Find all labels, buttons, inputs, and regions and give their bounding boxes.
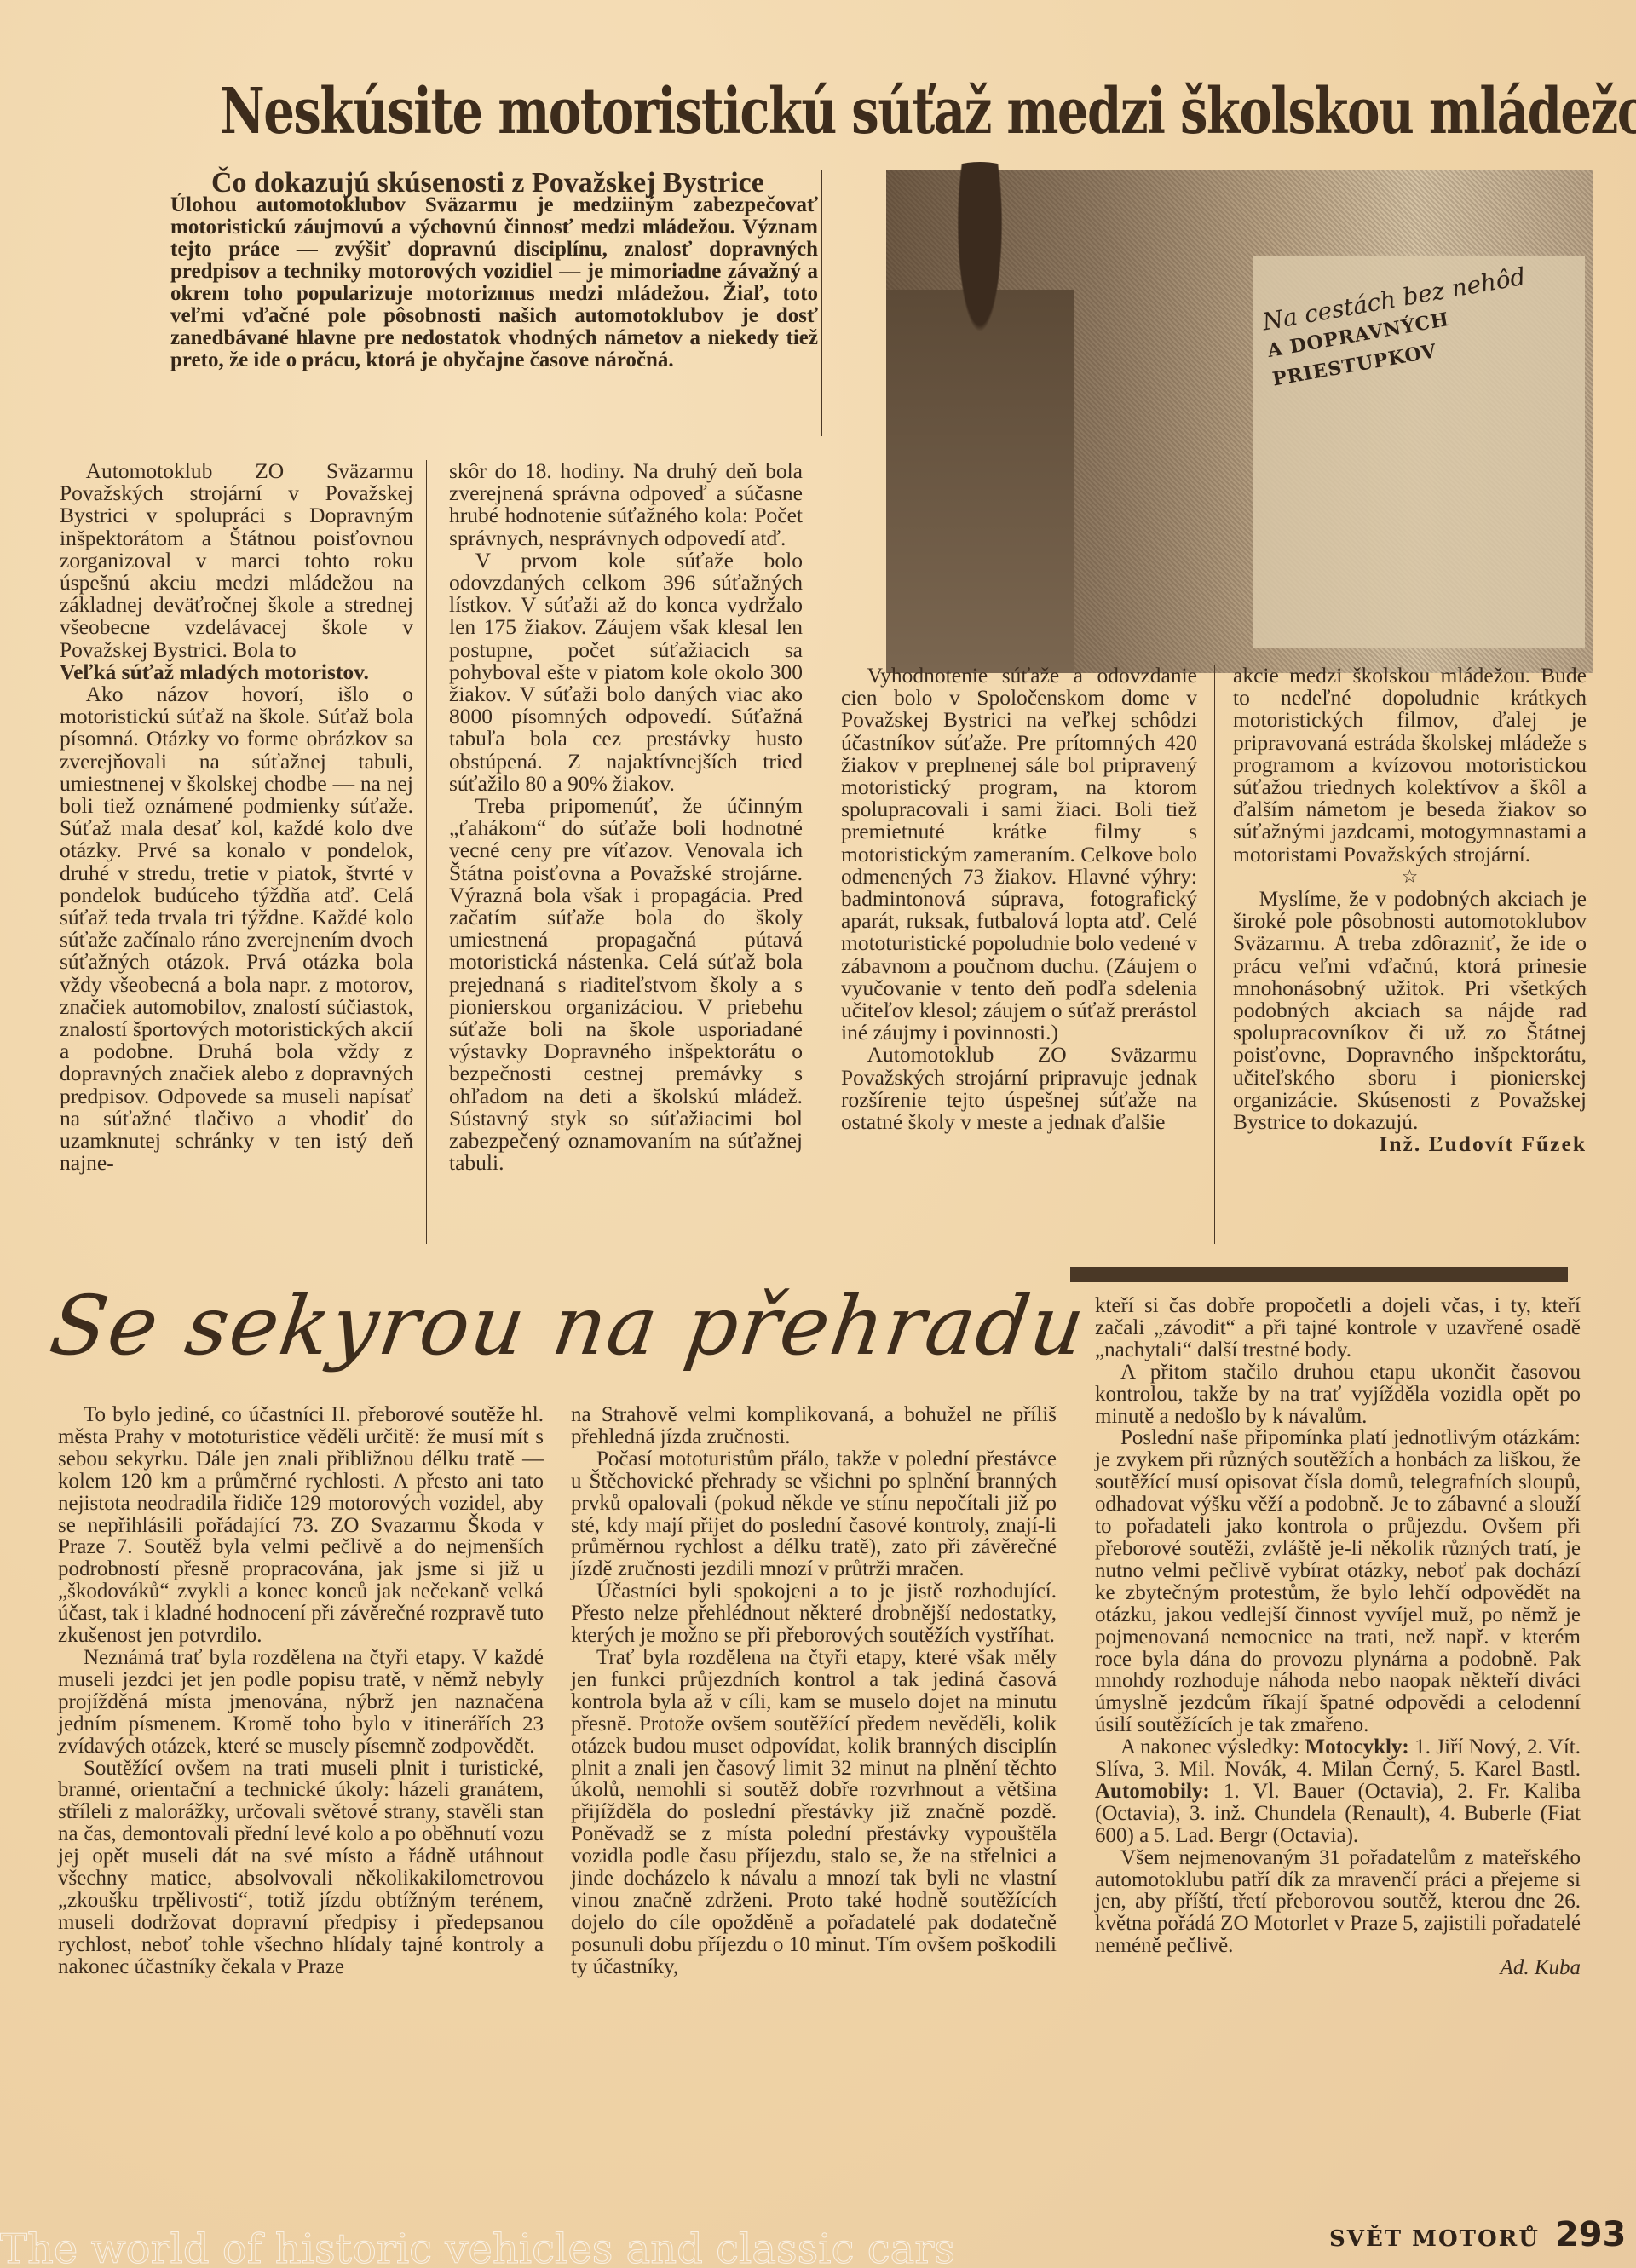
article1-headline: Neskúsite motoristickú súťaž medzi škols… xyxy=(220,75,1416,148)
results-paragraph: A nakonec výsledky: Motocykly: 1. Jiří N… xyxy=(1095,1736,1581,1847)
paragraph-bold: Veľká súťaž mladých motoristov. xyxy=(60,661,413,683)
article1-author: Inž. Ľudovít Fűzek xyxy=(1233,1133,1587,1155)
article2-title: Se sekyrou na přehradu xyxy=(44,1278,1092,1373)
photo-person-figure xyxy=(886,162,1074,673)
paragraph: na Strahově velmi komplikovaná, a bohuže… xyxy=(571,1404,1057,1448)
magazine-name: SVĚT MOTORŮ xyxy=(1329,2226,1540,2252)
article1-lead: Úlohou automotoklubov Sväzarmu je medzii… xyxy=(170,194,818,371)
paragraph: Všem nejmenovaným 31 pořadatelům z mateř… xyxy=(1095,1847,1581,1958)
article2-col1: To bylo jediné, co účastníci II. přeboro… xyxy=(58,1404,544,1978)
paragraph: Neznámá trať byla rozdělena na čtyři eta… xyxy=(58,1647,544,1758)
article1-col3: Vyhodnotenie súťaže a odovzdanie cien bo… xyxy=(841,665,1197,1133)
paragraph: Poslední naše připomínka platí jednotliv… xyxy=(1095,1427,1581,1736)
column-rule xyxy=(821,665,821,1244)
article1-col1: Automotoklub ZO Sväzarmu Považských stro… xyxy=(60,460,413,1175)
paragraph: Automotoklub ZO Sväzarmu Považských stro… xyxy=(841,1044,1197,1133)
paragraph: To bylo jediné, co účastníci II. přeboro… xyxy=(58,1404,544,1647)
paragraph: Automotoklub ZO Sväzarmu Považských stro… xyxy=(60,460,413,661)
results-intro: A nakonec výsledky: xyxy=(1120,1736,1305,1759)
page-footer: SVĚT MOTORŮ293 xyxy=(1329,2215,1626,2254)
bold-phrase: Veľká súťaž mladých motoristov. xyxy=(60,659,369,684)
section-divider-bar xyxy=(1070,1267,1568,1282)
paragraph: Počasí mototuristům přálo, takže v poled… xyxy=(571,1448,1057,1580)
results-moto-label: Motocykly: xyxy=(1305,1736,1409,1759)
column-rule xyxy=(821,170,822,436)
star-separator-icon: ☆ xyxy=(1233,866,1587,888)
column-rule xyxy=(1214,665,1215,1244)
paragraph: A přitom stačilo druhou etapu ukončit ča… xyxy=(1095,1361,1581,1428)
results-auto-label: Automobily: xyxy=(1095,1780,1210,1803)
article2-author: Ad. Kuba xyxy=(1095,1957,1581,1979)
article1-col2: skôr do 18. hodiny. Na druhý deň bola zv… xyxy=(449,460,803,1175)
article2-col2: na Strahově velmi komplikovaná, a bohuže… xyxy=(571,1404,1057,1978)
paragraph: V prvom kole súťaže bolo odovzdaných cel… xyxy=(449,550,803,795)
paragraph: Ako názov hovorí, išlo o motoristickú sú… xyxy=(60,683,413,1174)
page-number: 293 xyxy=(1555,2215,1627,2254)
article1-col4: akcie medzi školskou mládežou. Bude to n… xyxy=(1233,665,1587,1155)
paragraph: kteří si čas dobře propočetli a dojeli v… xyxy=(1095,1295,1581,1361)
paragraph: Myslíme, že v podobných akciach je širok… xyxy=(1233,888,1587,1133)
paragraph: skôr do 18. hodiny. Na druhý deň bola zv… xyxy=(449,460,803,550)
article2-col3: kteří si čas dobře propočetli a dojeli v… xyxy=(1095,1295,1581,1979)
author-name: Inž. Ľudovít Fűzek xyxy=(1379,1131,1587,1156)
watermark-text: The world of historic vehicles and class… xyxy=(0,2225,955,2268)
paragraph: Trať byla rozdělena na čtyři etapy, kter… xyxy=(571,1647,1057,1978)
paragraph: Účastníci byli spokojeni a to je jistě r… xyxy=(571,1580,1057,1647)
paragraph: Soutěžící ovšem na trati museli plnit i … xyxy=(58,1758,544,1978)
paragraph: Treba pripomenúť, že účinným „ťahákom“ d… xyxy=(449,795,803,1174)
column-rule xyxy=(426,460,427,1244)
paragraph: Vyhodnotenie súťaže a odovzdanie cien bo… xyxy=(841,665,1197,1044)
paragraph: akcie medzi školskou mládežou. Bude to n… xyxy=(1233,665,1587,866)
